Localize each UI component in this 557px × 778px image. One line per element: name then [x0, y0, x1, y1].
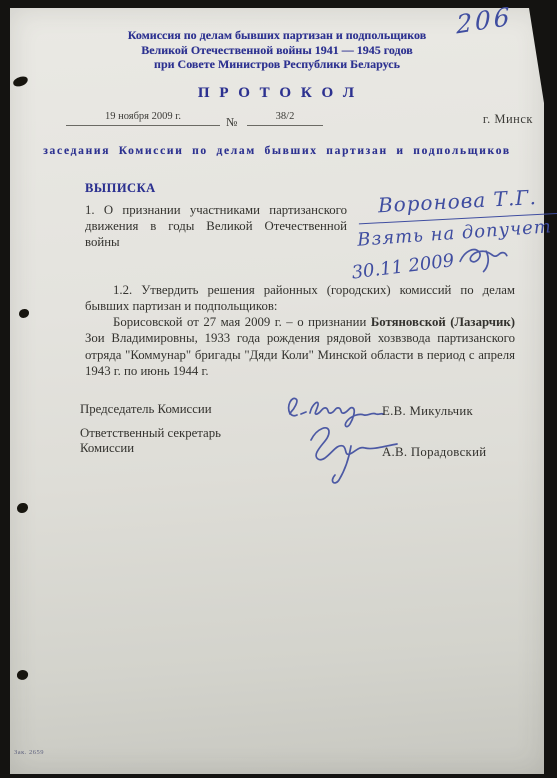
handwritten-date-text: 30.11 2009 — [350, 250, 455, 283]
punch-hole-mark — [16, 669, 29, 681]
punch-hole-mark — [19, 309, 29, 318]
decision-text-post: Зои Владимировны, 1933 года рождения ряд… — [85, 331, 515, 378]
agenda-item-1: 1. О признании участниками партизанского… — [85, 202, 347, 250]
number-sign: № — [226, 115, 237, 130]
protocol-subject: заседания Комиссии по делам бывших парти… — [10, 145, 544, 157]
secretary-name: А.В. Порадовский — [382, 445, 486, 460]
scanned-protocol-document: { "header": { "org_line1": "Комиссия по … — [0, 0, 557, 778]
protocol-date-field: 19 ноября 2009 г. — [66, 111, 220, 126]
print-order-mark: Зак. 2659 — [14, 749, 44, 756]
org-name-line-2: Великой Отечественной войны 1941 — 1945 … — [10, 43, 544, 58]
document-page: 206 Комиссия по делам бывших партизан и … — [10, 8, 544, 774]
protocol-number-field: 38/2 — [247, 111, 323, 126]
chairman-name: Е.В. Микульчик — [382, 404, 473, 419]
extract-label: ВЫПИСКА — [85, 181, 156, 196]
chairman-title: Председатель Комиссии — [80, 402, 212, 417]
handwritten-initial-flourish — [455, 235, 511, 275]
clause-1-2: 1.2. Утвердить решения районных (городск… — [85, 282, 515, 315]
city-label: г. Минск — [483, 112, 533, 127]
org-name-line-3: при Совете Министров Республики Беларусь — [10, 57, 544, 72]
punch-hole-mark — [17, 503, 28, 513]
document-type-title: П Р О Т О К О Л — [10, 85, 544, 102]
org-name-line-1: Комиссия по делам бывших партизан и подп… — [10, 28, 544, 43]
decision-paragraph: Борисовской от 27 мая 2009 г. – о призна… — [85, 314, 515, 379]
secretary-title-line-2: Комиссии — [80, 441, 134, 456]
decision-person-name-bold: Ботяновской (Лазарчик) — [371, 315, 515, 329]
secretary-title-line-1: Ответственный секретарь — [80, 426, 221, 441]
organization-header: Комиссия по делам бывших партизан и подп… — [10, 28, 544, 72]
decision-text-pre: Борисовской от 27 мая 2009 г. – о призна… — [113, 315, 371, 329]
